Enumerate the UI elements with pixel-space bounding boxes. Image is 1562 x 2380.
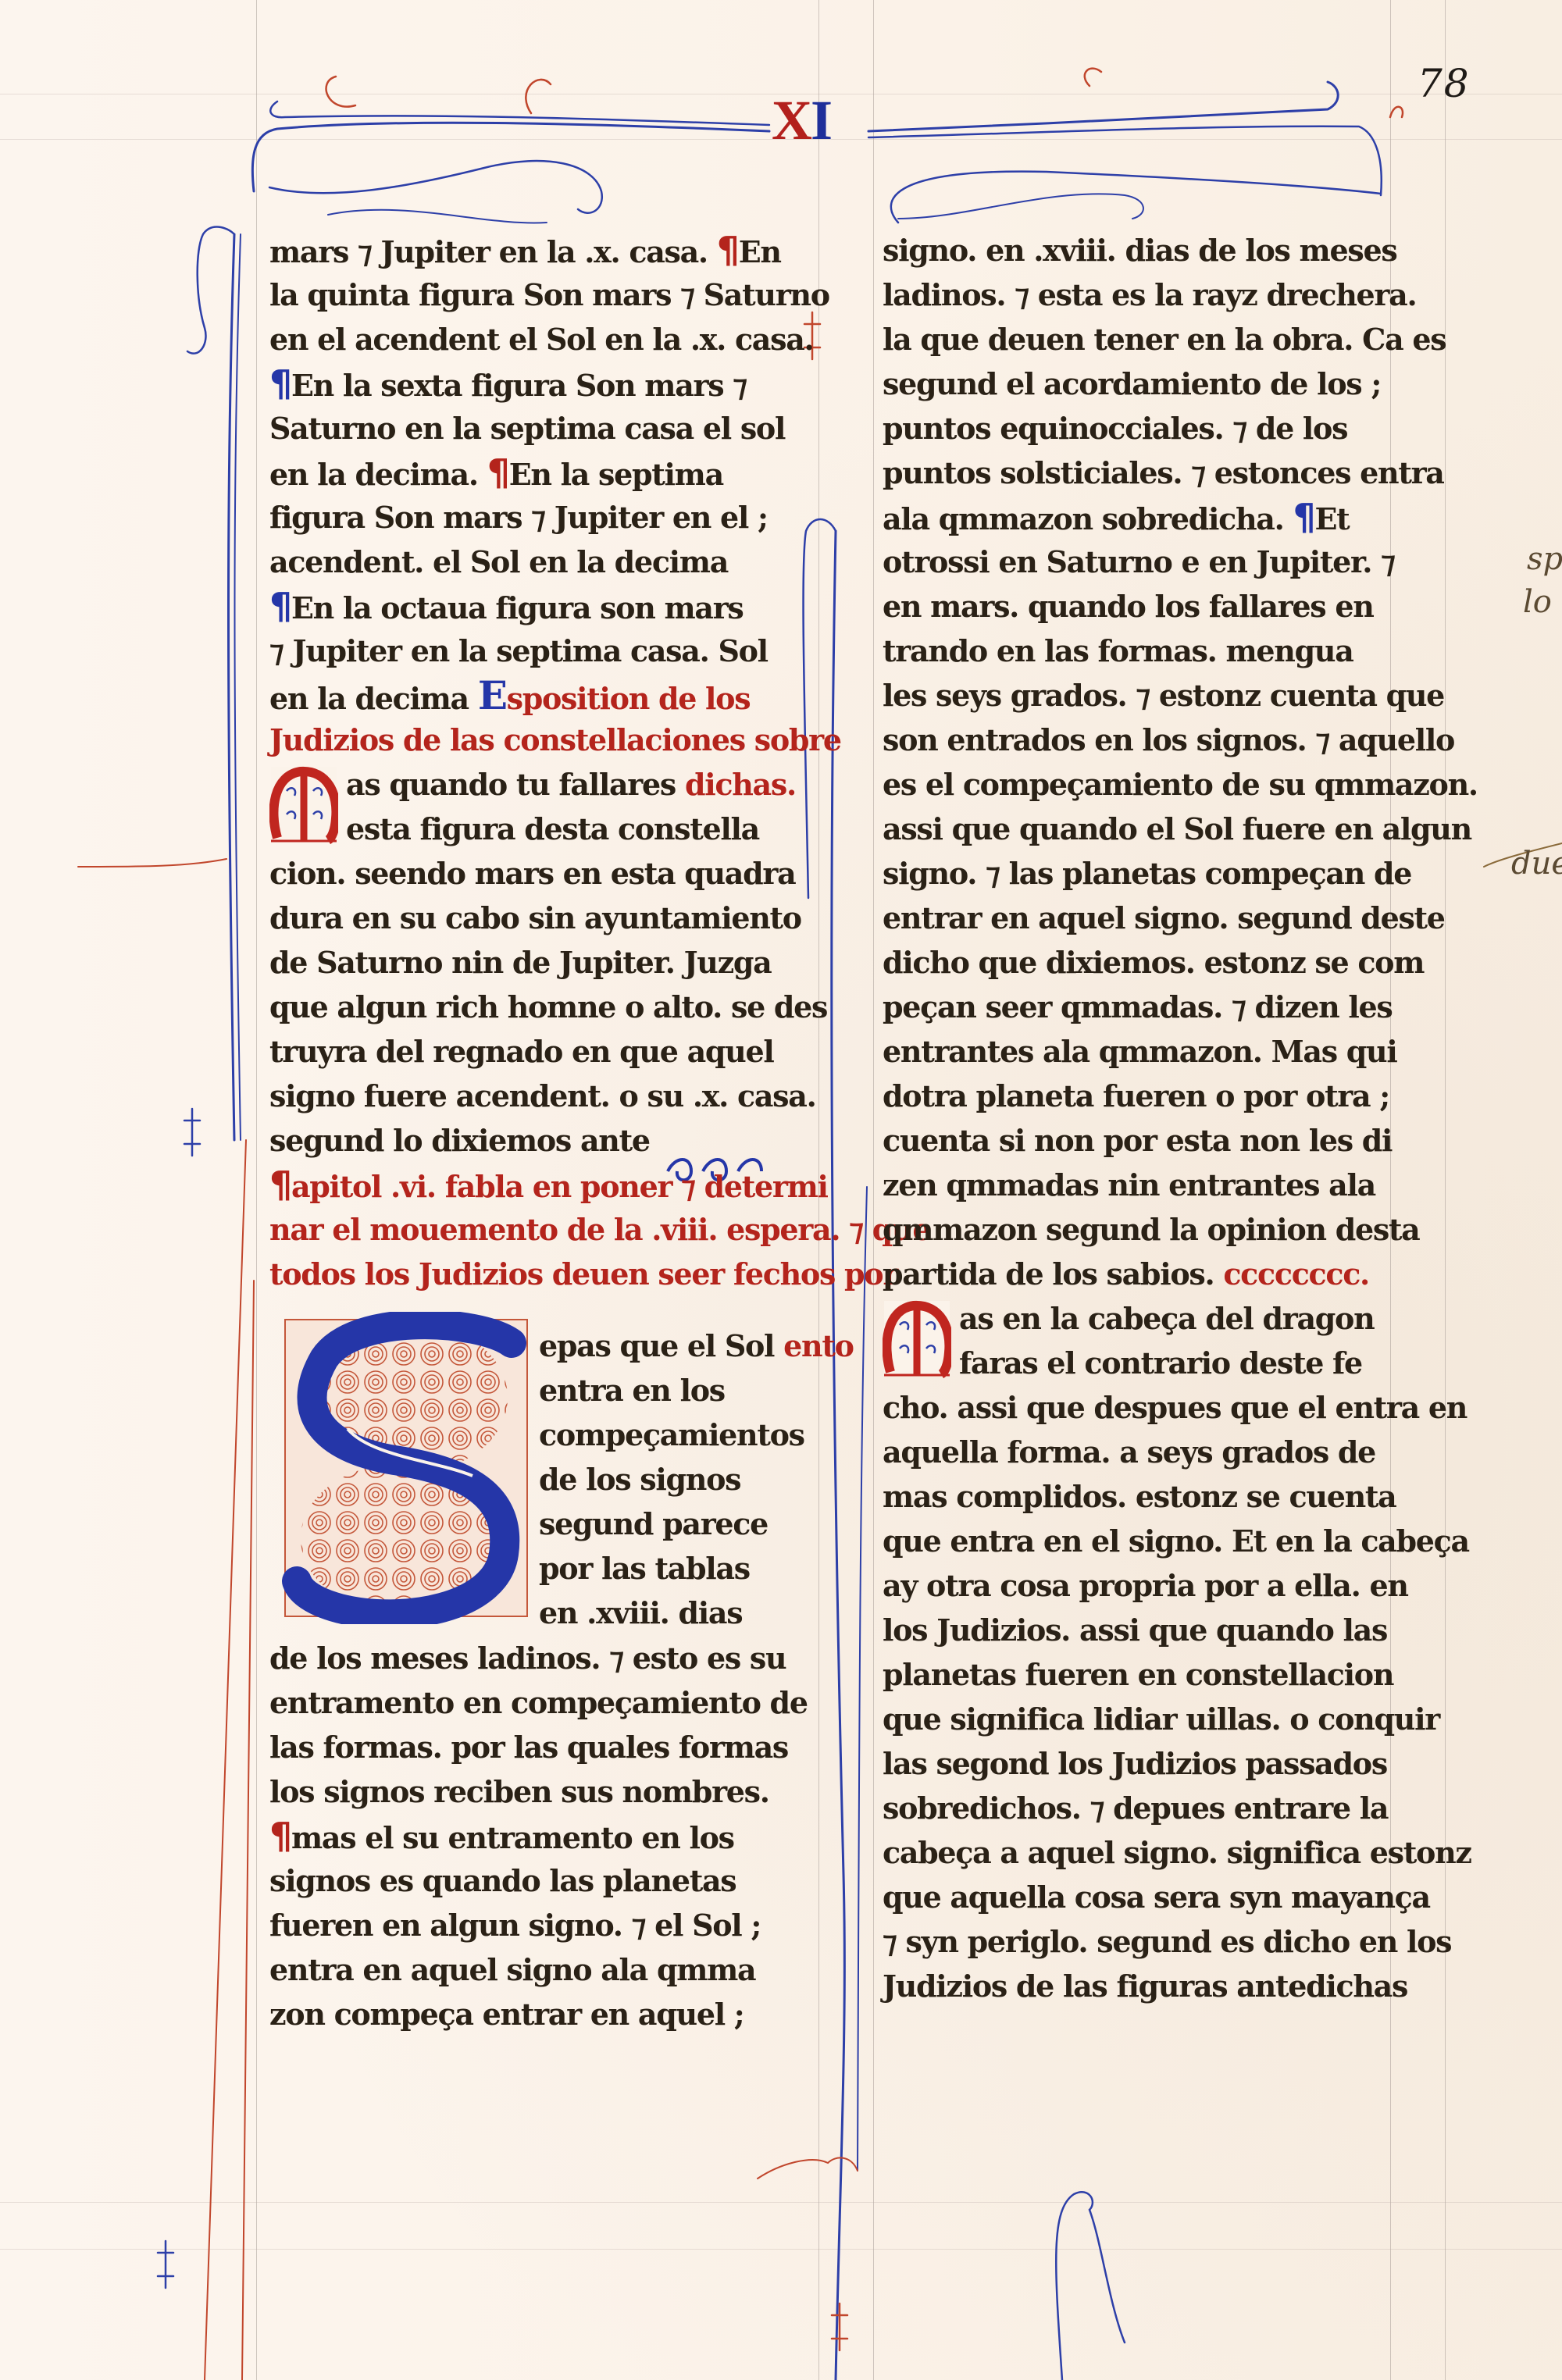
text-line: as en la cabeça del dragon xyxy=(883,1296,1421,1341)
ruling-line xyxy=(873,0,874,2380)
text-line: ala qmmazon sobredicha. ¶Et xyxy=(883,495,1421,540)
decorated-initial-m xyxy=(883,1298,951,1379)
text-line: signo. en .xviii. dias de los meses xyxy=(883,228,1421,273)
text-line: assi que quando el Sol fuere en algun xyxy=(883,807,1421,851)
text-line: la quinta figura Son mars ⁊ Saturno xyxy=(269,273,793,317)
text-line: entrar en aquel signo. segund deste xyxy=(883,896,1421,940)
text-line: de los signos xyxy=(539,1457,804,1502)
text-line: fueren en algun signo. ⁊ el Sol ; xyxy=(269,1903,793,1947)
text-line: dotra planeta fueren o por otra ; xyxy=(883,1074,1421,1118)
pilcrow-icon: ¶ xyxy=(717,229,739,271)
text-line: en mars. quando los fallares en xyxy=(883,584,1421,629)
text-line: Judizios de las figuras antedichas xyxy=(883,1964,1421,2008)
pilcrow-icon: ¶ xyxy=(269,585,291,627)
text-line: esta figura desta constella xyxy=(269,807,793,851)
text-line: entra en los xyxy=(539,1368,804,1413)
text-line: mars ⁊ Jupiter en la .x. casa. ¶En xyxy=(269,228,793,273)
ruling-line xyxy=(1445,0,1446,2380)
text-line: entramento en compeçamiento de xyxy=(269,1680,793,1725)
text-line: ¶En la sexta figura Son mars ⁊ xyxy=(269,362,793,406)
text-line: las segond los Judizios passados xyxy=(883,1741,1421,1786)
text-line: segund parece xyxy=(539,1502,804,1546)
text-line: qmmazon segund la opinion desta xyxy=(883,1207,1421,1252)
text-line: entra en aquel signo ala qmma xyxy=(269,1947,793,1992)
ruling-line xyxy=(0,2202,1562,2203)
initial-e: E xyxy=(478,672,507,718)
numeral-x: X xyxy=(772,89,811,151)
text-line: por las tablas xyxy=(539,1546,804,1591)
text-line: ay otra cosa propria por a ella. en xyxy=(883,1563,1421,1608)
s-initial-text: epas que el Sol ento entra en los compeç… xyxy=(539,1324,804,1635)
text-line: las formas. por las quales formas xyxy=(269,1725,793,1769)
text-line: que significa lidiar uillas. o conquir xyxy=(883,1697,1421,1741)
text-line: trando en las formas. mengua xyxy=(883,629,1421,673)
text-line: ladinos. ⁊ esta es la rayz drechera. xyxy=(883,273,1421,317)
text-line: mas complidos. estonz se cuenta xyxy=(883,1474,1421,1519)
text-line: ⁊ syn periglo. segund es dicho en los xyxy=(883,1919,1421,1964)
manuscript-folio: 78 XI mars ⁊ Jupiter en la .x. casa. ¶En… xyxy=(0,0,1562,2380)
text-line: zen qmmadas nin entrantes ala xyxy=(883,1163,1421,1207)
text-line: ⁊ Jupiter en la septima casa. Sol xyxy=(269,629,793,673)
chapter-rubric-line: todos los Judizios deuen seer fechos por xyxy=(269,1252,793,1296)
text-line: en el acendent el Sol en la .x. casa. xyxy=(269,317,793,362)
pilcrow-icon: ¶ xyxy=(269,1815,291,1857)
text-line: signo fuere acendent. o su .x. casa. xyxy=(269,1074,793,1118)
text-line: dicho que dixiemos. estonz se com xyxy=(883,940,1421,985)
text-line: en .xviii. dias xyxy=(539,1591,804,1635)
text-line: cho. assi que despues que el entra en xyxy=(883,1385,1421,1430)
text-line: es el compeçamiento de su qmmazon. xyxy=(883,762,1421,807)
text-line: acendent. el Sol en la decima xyxy=(269,540,793,584)
line-filler: cccccccc. xyxy=(1223,1256,1369,1292)
text-line: les seys grados. ⁊ estonz cuenta que xyxy=(883,673,1421,718)
folio-number: 78 xyxy=(1418,61,1471,106)
text-line: cabeça a aquel signo. significa estonz xyxy=(883,1830,1421,1875)
text-line: en la decima. ¶En la septima xyxy=(269,451,793,495)
text-line: epas que el Sol ento xyxy=(539,1324,804,1368)
rubric-heading-line: en la decima Esposition de los xyxy=(269,673,793,718)
pilcrow-icon: ¶ xyxy=(269,362,291,404)
chapter-rubric-line: ¶apitol .vi. fabla en poner ⁊ determi xyxy=(269,1163,793,1207)
text-line: signos es quando las planetas xyxy=(269,1858,793,1903)
text-line: de Saturno nin de Jupiter. Juzga xyxy=(269,940,793,985)
chapter-numeral: XI xyxy=(772,92,831,148)
text-line: ¶mas el su entramento en los xyxy=(269,1814,793,1858)
text-line: dura en su cabo sin ayuntamiento xyxy=(269,896,793,940)
pilcrow-icon: ¶ xyxy=(1293,496,1314,538)
text-line: as quando tu fallares dichas. xyxy=(269,762,793,807)
ruling-line xyxy=(256,0,257,2380)
text-line: ¶En la octaua figura son mars xyxy=(269,584,793,629)
right-column: signo. en .xviii. dias de los meses ladi… xyxy=(883,228,1421,2008)
text-line: planetas fueren en constellacion xyxy=(883,1652,1421,1697)
text-line: otrossi en Saturno e en Jupiter. ⁊ xyxy=(883,540,1421,584)
text-line: compeçamientos xyxy=(539,1413,804,1457)
margin-note: sp xyxy=(1527,539,1562,579)
text-line: partida de los sabios. cccccccc. xyxy=(883,1252,1421,1296)
text-line: cuenta si non por esta non les di xyxy=(883,1118,1421,1163)
text-line: son entrados en los signos. ⁊ aquello xyxy=(883,718,1421,762)
pilcrow-icon: ¶ xyxy=(487,451,509,493)
text-line: los Judizios. assi que quando las xyxy=(883,1608,1421,1652)
text-line: segund lo dixiemos ante xyxy=(269,1118,793,1163)
text-line: figura Son mars ⁊ Jupiter en el ; xyxy=(269,495,793,540)
text-line: puntos solsticiales. ⁊ estonces entra xyxy=(883,451,1421,495)
decorated-initial-s xyxy=(277,1312,535,1624)
left-column: mars ⁊ Jupiter en la .x. casa. ¶En la qu… xyxy=(269,228,793,1296)
text-line: faras el contrario deste fe xyxy=(883,1341,1421,1385)
text-line: los signos reciben sus nombres. xyxy=(269,1769,793,1814)
margin-note: lo xyxy=(1523,582,1552,622)
margin-note: due xyxy=(1511,843,1562,884)
text-line: que algun rich homne o alto. se des xyxy=(269,985,793,1029)
left-column-tail: de los meses ladinos. ⁊ esto es su entra… xyxy=(269,1636,793,2036)
text-line: entrantes ala qmmazon. Mas qui xyxy=(883,1029,1421,1074)
decorated-initial-m xyxy=(269,764,338,845)
text-line: la que deuen tener en la obra. Ca es xyxy=(883,317,1421,362)
text-line: signo. ⁊ las planetas compeçan de xyxy=(883,851,1421,896)
text-line: de los meses ladinos. ⁊ esto es su xyxy=(269,1636,793,1680)
rubric-heading-line: Judizios de las constellaciones sobre xyxy=(269,718,793,762)
text-line: cion. seendo mars en esta quadra xyxy=(269,851,793,896)
text-line: que aquella cosa sera syn mayança xyxy=(883,1875,1421,1919)
text-line: aquella forma. a seys grados de xyxy=(883,1430,1421,1474)
text-line: peçan seer qmmadas. ⁊ dizen les xyxy=(883,985,1421,1029)
text-line: que entra en el signo. Et en la cabeça xyxy=(883,1519,1421,1563)
chapter-rubric-line: nar el mouemento de la .viii. espera. ⁊ … xyxy=(269,1207,793,1252)
text-line: puntos equinocciales. ⁊ de los xyxy=(883,406,1421,451)
ruling-line xyxy=(0,2249,1562,2250)
text-line: truyra del regnado en que aquel xyxy=(269,1029,793,1074)
text-line: Saturno en la septima casa el sol xyxy=(269,406,793,451)
pilcrow-icon: ¶ xyxy=(269,1163,291,1206)
text-line: sobredichos. ⁊ depues entrare la xyxy=(883,1786,1421,1830)
text-line: zon compeça entrar en aquel ; xyxy=(269,1992,793,2036)
text-line: segund el acordamiento de los ; xyxy=(883,362,1421,406)
numeral-i: I xyxy=(811,89,831,151)
